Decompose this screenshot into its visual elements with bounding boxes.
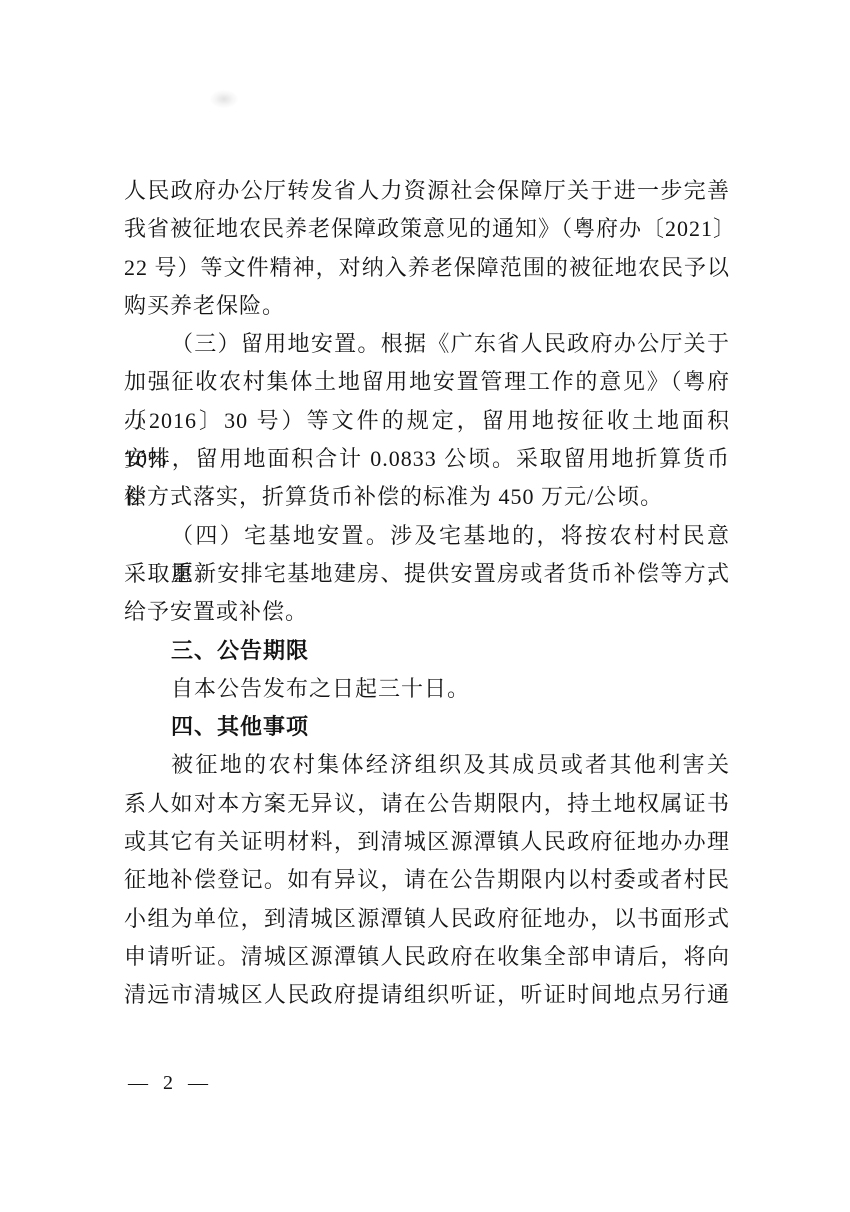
- document-body: 人民政府办公厅转发省人力资源社会保障厅关于进一步完善我省被征地农民养老保障政策意…: [124, 172, 730, 1015]
- text-line: 人民政府办公厅转发省人力资源社会保障厅关于进一步完善: [124, 172, 730, 210]
- scan-smudge-artifact: [210, 90, 238, 108]
- text-line: 22 号）等文件精神，对纳入养老保障范围的被征地农民予以: [124, 249, 730, 287]
- text-line: 三、公告期限: [124, 632, 730, 670]
- text-line: 安排，留用地面积合计 0.0833 公顷。采取留用地折算货币补: [124, 440, 730, 478]
- text-line: 给予安置或补偿。: [124, 593, 730, 631]
- text-line: 采取重新安排宅基地建房、提供安置房或者货币补偿等方式: [124, 555, 730, 593]
- text-line: 我省被征地农民养老保障政策意见的通知》（粤府办〔2021〕: [124, 210, 730, 248]
- document-page: 人民政府办公厅转发省人力资源社会保障厅关于进一步完善我省被征地农民养老保障政策意…: [0, 0, 850, 1212]
- text-line: 〔2016〕30 号）等文件的规定，留用地按征收土地面积 10%: [124, 402, 730, 440]
- text-line: 系人如对本方案无异议，请在公告期限内，持土地权属证书: [124, 785, 730, 823]
- text-line: 偿方式落实，折算货币补偿的标准为 450 万元/公顷。: [124, 478, 730, 516]
- text-line: 加强征收农村集体土地留用地安置管理工作的意见》（粤府办: [124, 363, 730, 401]
- text-line: 征地补偿登记。如有异议，请在公告期限内以村委或者村民: [124, 861, 730, 899]
- document-lines: 人民政府办公厅转发省人力资源社会保障厅关于进一步完善我省被征地农民养老保障政策意…: [124, 172, 730, 1015]
- text-line: 小组为单位，到清城区源潭镇人民政府征地办，以书面形式: [124, 900, 730, 938]
- text-line: 被征地的农村集体经济组织及其成员或者其他利害关: [124, 746, 730, 784]
- text-line: 或其它有关证明材料，到清城区源潭镇人民政府征地办办理: [124, 823, 730, 861]
- text-line: 四、其他事项: [124, 708, 730, 746]
- text-line: （四）宅基地安置。涉及宅基地的，将按农村村民意愿，: [124, 517, 730, 555]
- text-line: 申请听证。清城区源潭镇人民政府在收集全部申请后，将向: [124, 938, 730, 976]
- text-line: 购买养老保险。: [124, 287, 730, 325]
- text-line: 清远市清城区人民政府提请组织听证，听证时间地点另行通: [124, 976, 730, 1014]
- text-line: （三）留用地安置。根据《广东省人民政府办公厅关于: [124, 325, 730, 363]
- page-number: — 2 —: [128, 1068, 213, 1098]
- text-line: 自本公告发布之日起三十日。: [124, 670, 730, 708]
